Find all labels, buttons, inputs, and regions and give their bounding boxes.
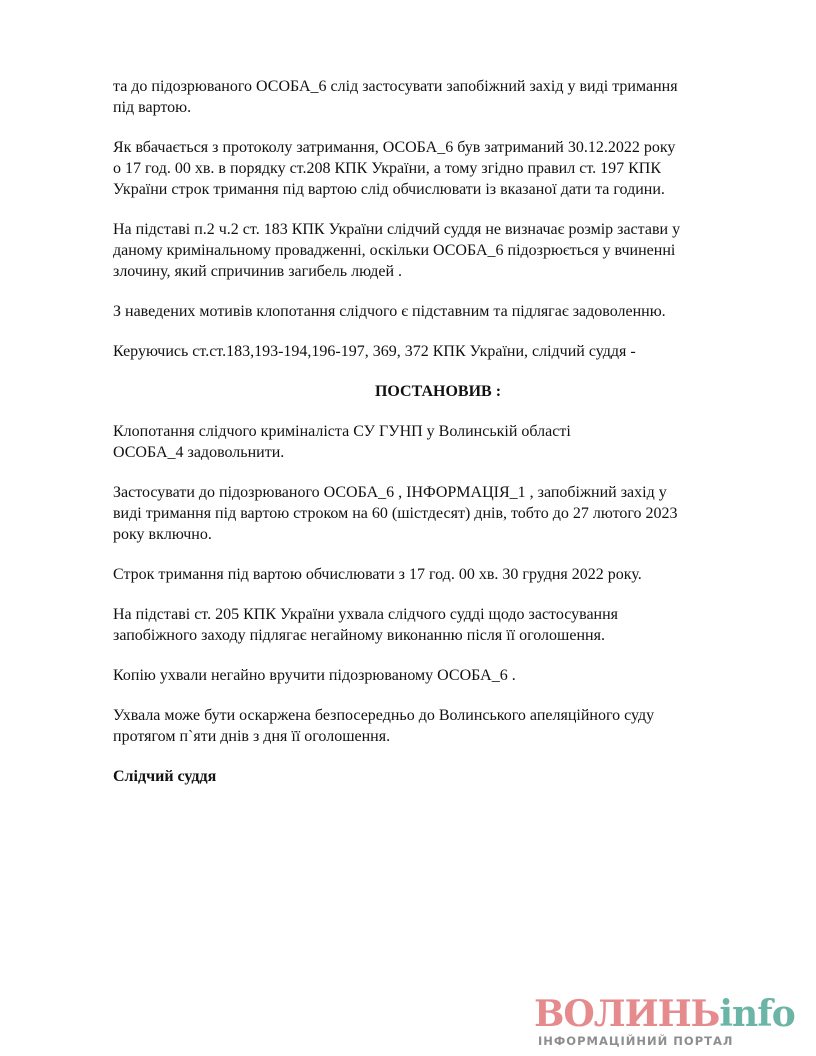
- paragraphs-after: Клопотання слідчого криміналіста СУ ГУНП…: [113, 421, 763, 747]
- text-line: протягом п`яти днів з дня її оголошення.: [113, 728, 390, 745]
- paragraph: Як вбачається з протоколу затримання, ОС…: [113, 137, 763, 200]
- watermark-brand-part2: info: [719, 993, 794, 1035]
- text-line: запобіжного заходу підлягає негайному ви…: [113, 627, 605, 644]
- text-line: України строк тримання під вартою слід о…: [113, 181, 665, 198]
- text-line: З наведених мотивів клопотання слідчого …: [113, 303, 666, 320]
- text-line: Ухвала може бути оскаржена безпосередньо…: [113, 707, 654, 724]
- text-line: На підставі п.2 ч.2 ст. 183 КПК України …: [113, 221, 680, 238]
- paragraph: На підставі ст. 205 КПК України ухвала с…: [113, 604, 763, 646]
- text-line: Застосувати до підозрюваного ОСОБА_6 , І…: [113, 484, 667, 501]
- paragraph: та до підозрюваного ОСОБА_6 слід застосу…: [113, 76, 763, 118]
- paragraph: Ухвала може бути оскаржена безпосередньо…: [113, 705, 763, 747]
- text-line: даному кримінальному провадженні, оскіль…: [113, 242, 675, 259]
- site-watermark: ВОЛИНЬinfo ІНФОРМАЦІЙНИЙ ПОРТАЛ: [530, 992, 812, 1052]
- ruling-heading: ПОСТАНОВИВ :: [113, 381, 763, 402]
- document-page: та до підозрюваного ОСОБА_6 слід застосу…: [113, 76, 763, 787]
- watermark-tagline: ІНФОРМАЦІЙНИЙ ПОРТАЛ: [538, 1034, 733, 1048]
- watermark-brand-part1: ВОЛИНЬ: [534, 993, 719, 1035]
- paragraphs-before: та до підозрюваного ОСОБА_6 слід застосу…: [113, 76, 763, 362]
- text-line: о 17 год. 00 хв. в порядку ст.208 КПК Ук…: [113, 160, 661, 177]
- text-line: Строк тримання під вартою обчислювати з …: [113, 566, 642, 583]
- paragraph: З наведених мотивів клопотання слідчого …: [113, 301, 763, 322]
- text-line: На підставі ст. 205 КПК України ухвала с…: [113, 606, 618, 623]
- paragraph: На підставі п.2 ч.2 ст. 183 КПК України …: [113, 219, 763, 282]
- text-line: та до підозрюваного ОСОБА_6 слід застосу…: [113, 78, 678, 95]
- paragraph: Клопотання слідчого криміналіста СУ ГУНП…: [113, 421, 763, 463]
- text-line: Керуючись ст.ст.183,193-194,196-197, 369…: [113, 343, 636, 360]
- text-line: ОСОБА_4 задовольнити.: [113, 444, 284, 461]
- text-line: Копію ухвали негайно вручити підозрювано…: [113, 667, 516, 684]
- text-line: Як вбачається з протоколу затримання, ОС…: [113, 139, 675, 156]
- paragraph: Копію ухвали негайно вручити підозрювано…: [113, 665, 763, 686]
- text-line: під вартою.: [113, 99, 191, 116]
- text-line: виді тримання під вартою строком на 60 (…: [113, 505, 678, 522]
- watermark-logo: ВОЛИНЬinfo: [534, 994, 795, 1034]
- paragraph: Керуючись ст.ст.183,193-194,196-197, 369…: [113, 341, 763, 362]
- paragraph: Строк тримання під вартою обчислювати з …: [113, 564, 763, 585]
- signature-label: Слідчий суддя: [113, 766, 763, 787]
- text-line: злочину, який спричинив загибель людей .: [113, 263, 402, 280]
- text-line: року включно.: [113, 526, 212, 543]
- text-line: Клопотання слідчого криміналіста СУ ГУНП…: [113, 423, 571, 440]
- paragraph: Застосувати до підозрюваного ОСОБА_6 , І…: [113, 482, 763, 545]
